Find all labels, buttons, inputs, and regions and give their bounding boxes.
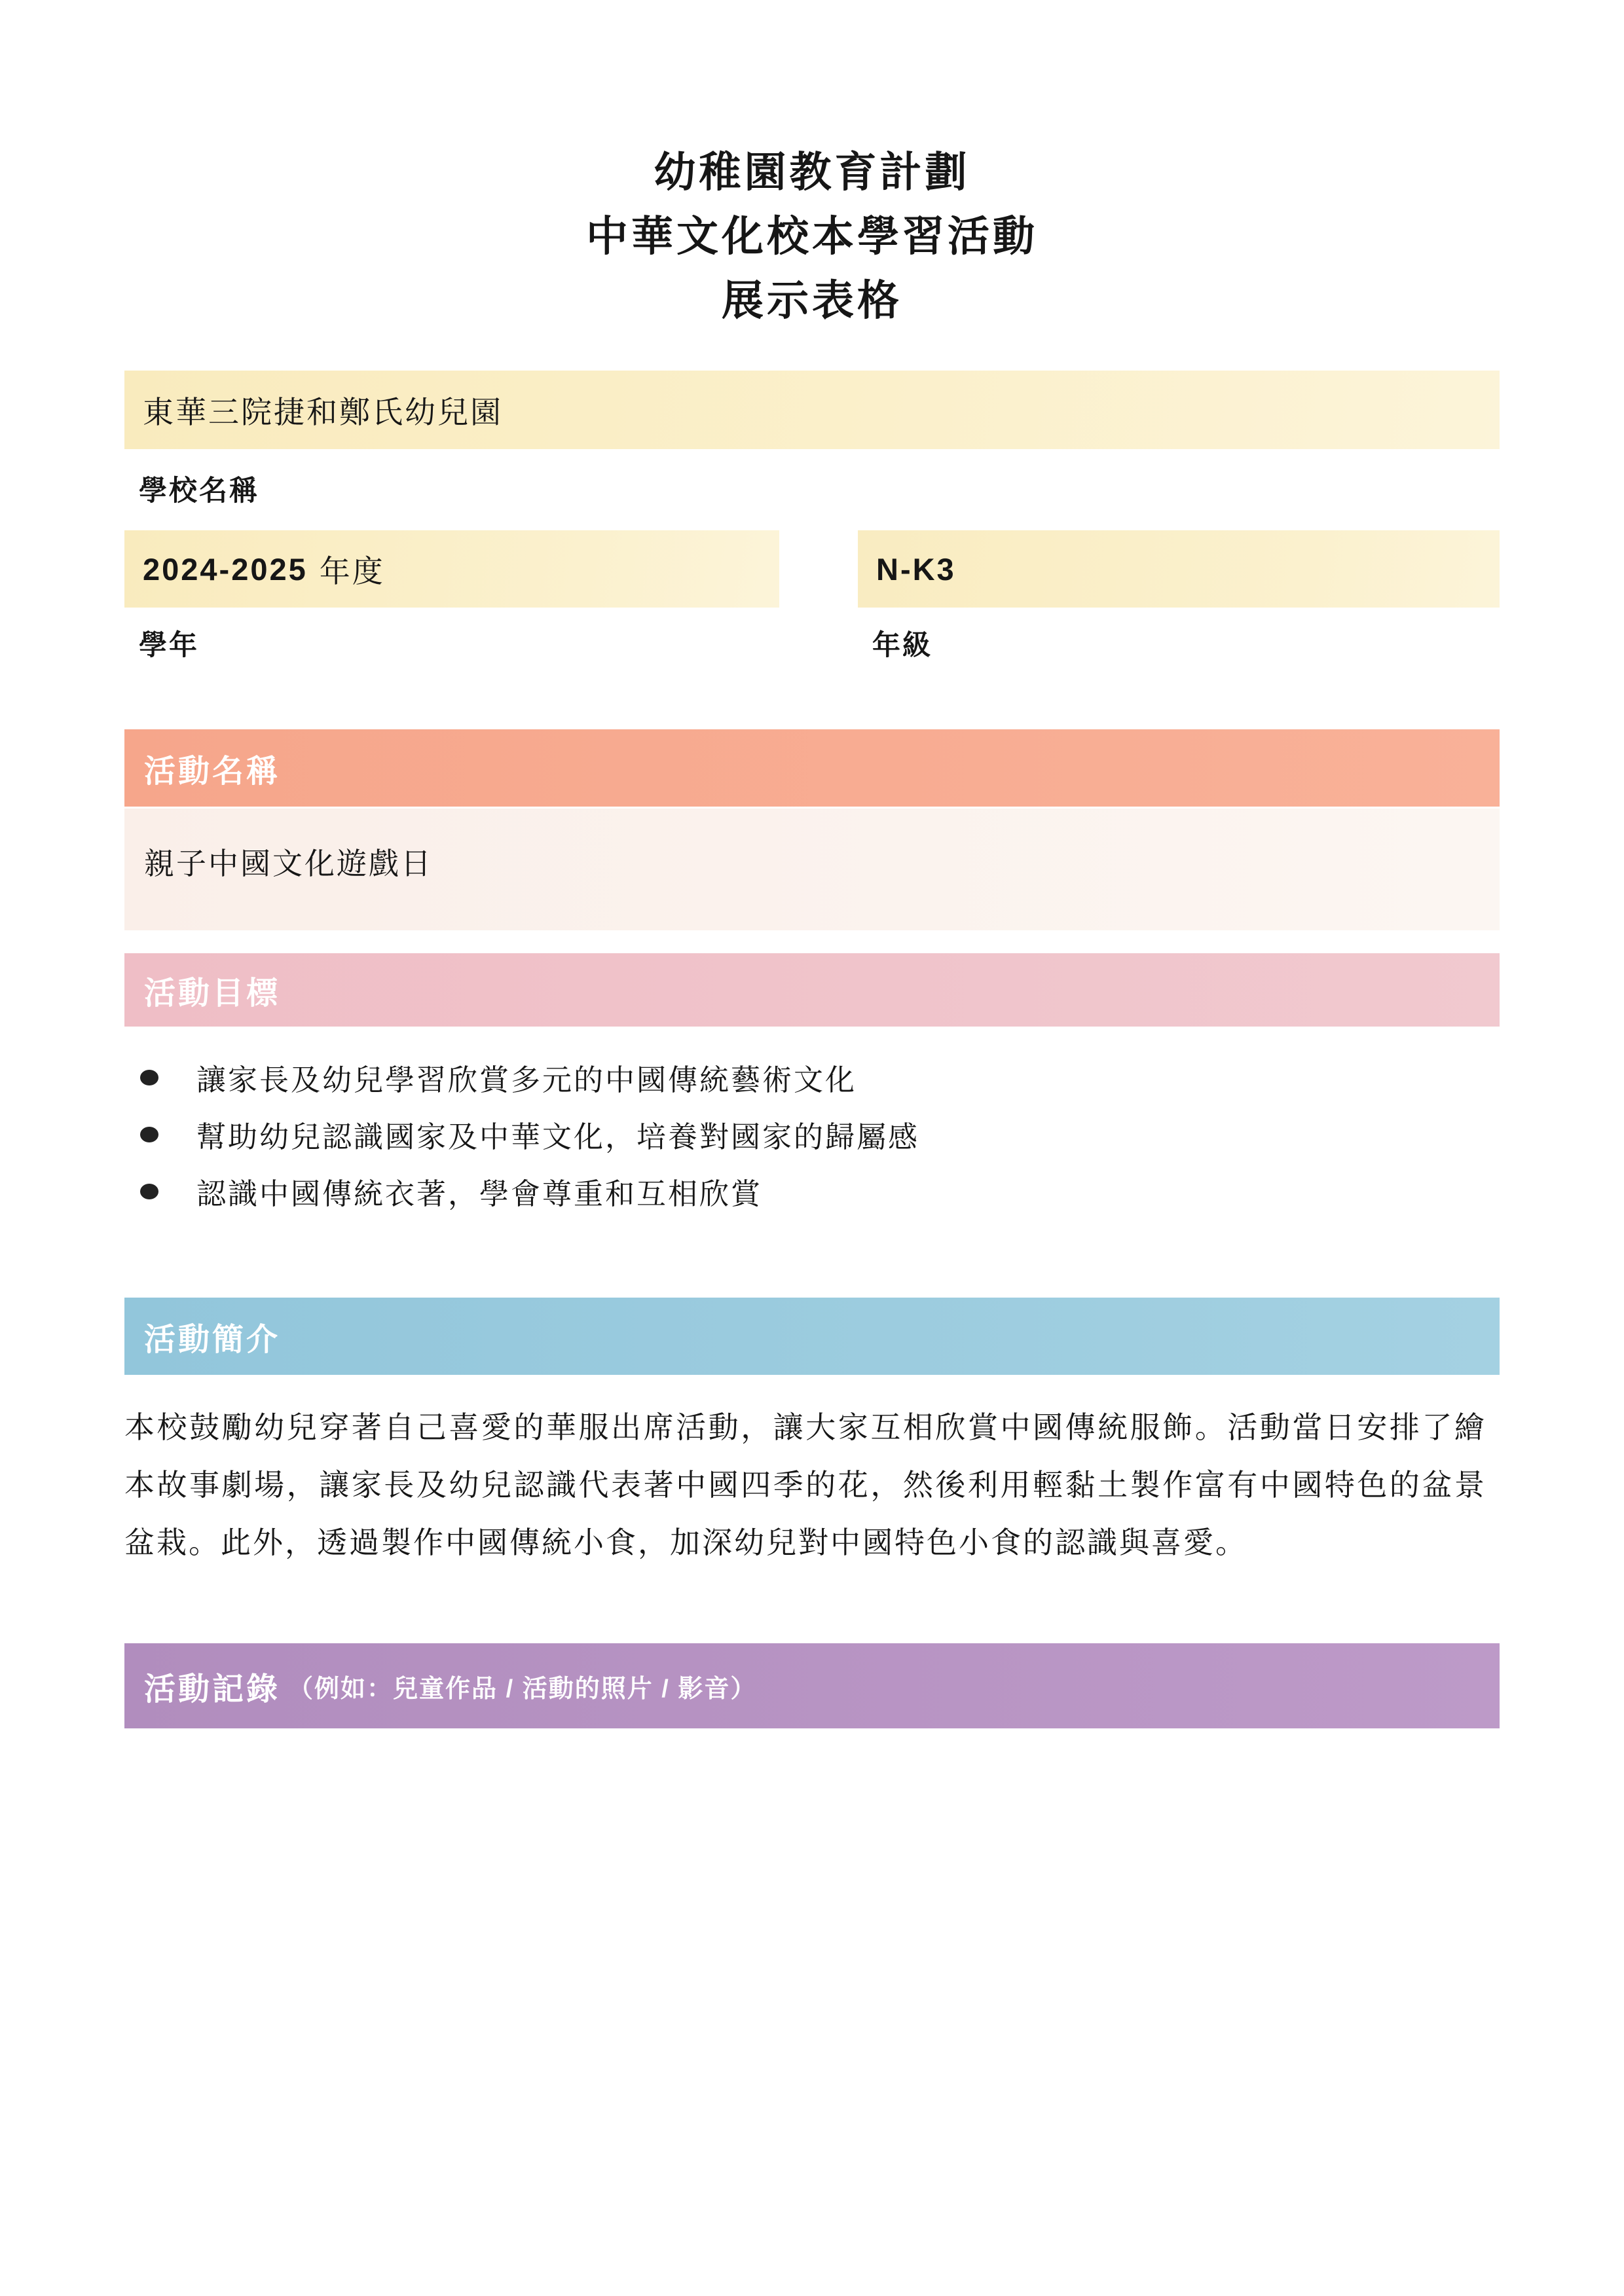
activity-goals-list: 讓家長及幼兒學習欣賞多元的中國傳統藝術文化 幫助幼兒認識國家及中華文化，培養對國… bbox=[140, 1049, 919, 1220]
school-year-suffix: 年度 bbox=[320, 547, 385, 591]
document-page: 幼稚園教育計劃 中華文化校本學習活動 展示表格 東華三院捷和鄭氏幼兒園 學校名稱… bbox=[0, 0, 1624, 2296]
school-name-box: 東華三院捷和鄭氏幼兒園 bbox=[124, 371, 1500, 449]
activity-intro-header-text: 活動簡介 bbox=[144, 1314, 280, 1359]
activity-intro-paragraph: 本校鼓勵幼兒穿著自己喜愛的華服出席活動，讓大家互相欣賞中國傳統服飾。活動當日安排… bbox=[124, 1398, 1486, 1571]
grade-label: 年級 bbox=[872, 623, 932, 663]
grade-value: N-K3 bbox=[876, 551, 956, 587]
activity-name-value: 親子中國文化遊戲日 bbox=[144, 847, 433, 881]
goal-text: 幫助幼兒認識國家及中華文化，培養對國家的歸屬感 bbox=[196, 1113, 919, 1156]
goal-text: 認識中國傳統衣著，學會尊重和互相欣賞 bbox=[196, 1170, 762, 1212]
activity-record-note: （例如：兒童作品 / 活動的照片 / 影音） bbox=[288, 1668, 756, 1704]
title-line-1: 幼稚園教育計劃 bbox=[0, 140, 1624, 204]
activity-name-header: 活動名稱 bbox=[124, 729, 1500, 807]
school-year-value: 2024-2025 bbox=[143, 551, 308, 587]
activity-goals-header-text: 活動目標 bbox=[144, 968, 280, 1013]
school-name-value: 東華三院捷和鄭氏幼兒園 bbox=[143, 388, 503, 432]
bullet-icon bbox=[140, 1184, 158, 1199]
activity-record-title: 活動記錄 bbox=[144, 1664, 280, 1709]
activity-name-body: 親子中國文化遊戲日 bbox=[124, 809, 1500, 930]
activity-intro-header: 活動簡介 bbox=[124, 1298, 1500, 1375]
goal-item: 幫助幼兒認識國家及中華文化，培養對國家的歸屬感 bbox=[140, 1106, 919, 1163]
school-year-label: 學年 bbox=[139, 623, 199, 663]
bullet-icon bbox=[140, 1127, 158, 1142]
activity-goals-header: 活動目標 bbox=[124, 953, 1500, 1027]
activity-name-header-text: 活動名稱 bbox=[144, 746, 280, 791]
goal-item: 認識中國傳統衣著，學會尊重和互相欣賞 bbox=[140, 1163, 919, 1220]
bullet-icon bbox=[140, 1070, 158, 1085]
school-name-label: 學校名稱 bbox=[139, 469, 259, 509]
activity-record-header: 活動記錄 （例如：兒童作品 / 活動的照片 / 影音） bbox=[124, 1643, 1500, 1728]
school-year-box: 2024-2025 年度 bbox=[124, 530, 779, 608]
title-line-3: 展示表格 bbox=[0, 268, 1624, 333]
document-title: 幼稚園教育計劃 中華文化校本學習活動 展示表格 bbox=[0, 140, 1624, 333]
goal-item: 讓家長及幼兒學習欣賞多元的中國傳統藝術文化 bbox=[140, 1049, 919, 1106]
goal-text: 讓家長及幼兒學習欣賞多元的中國傳統藝術文化 bbox=[196, 1056, 857, 1099]
title-line-2: 中華文化校本學習活動 bbox=[0, 204, 1624, 268]
grade-box: N-K3 bbox=[858, 530, 1500, 608]
